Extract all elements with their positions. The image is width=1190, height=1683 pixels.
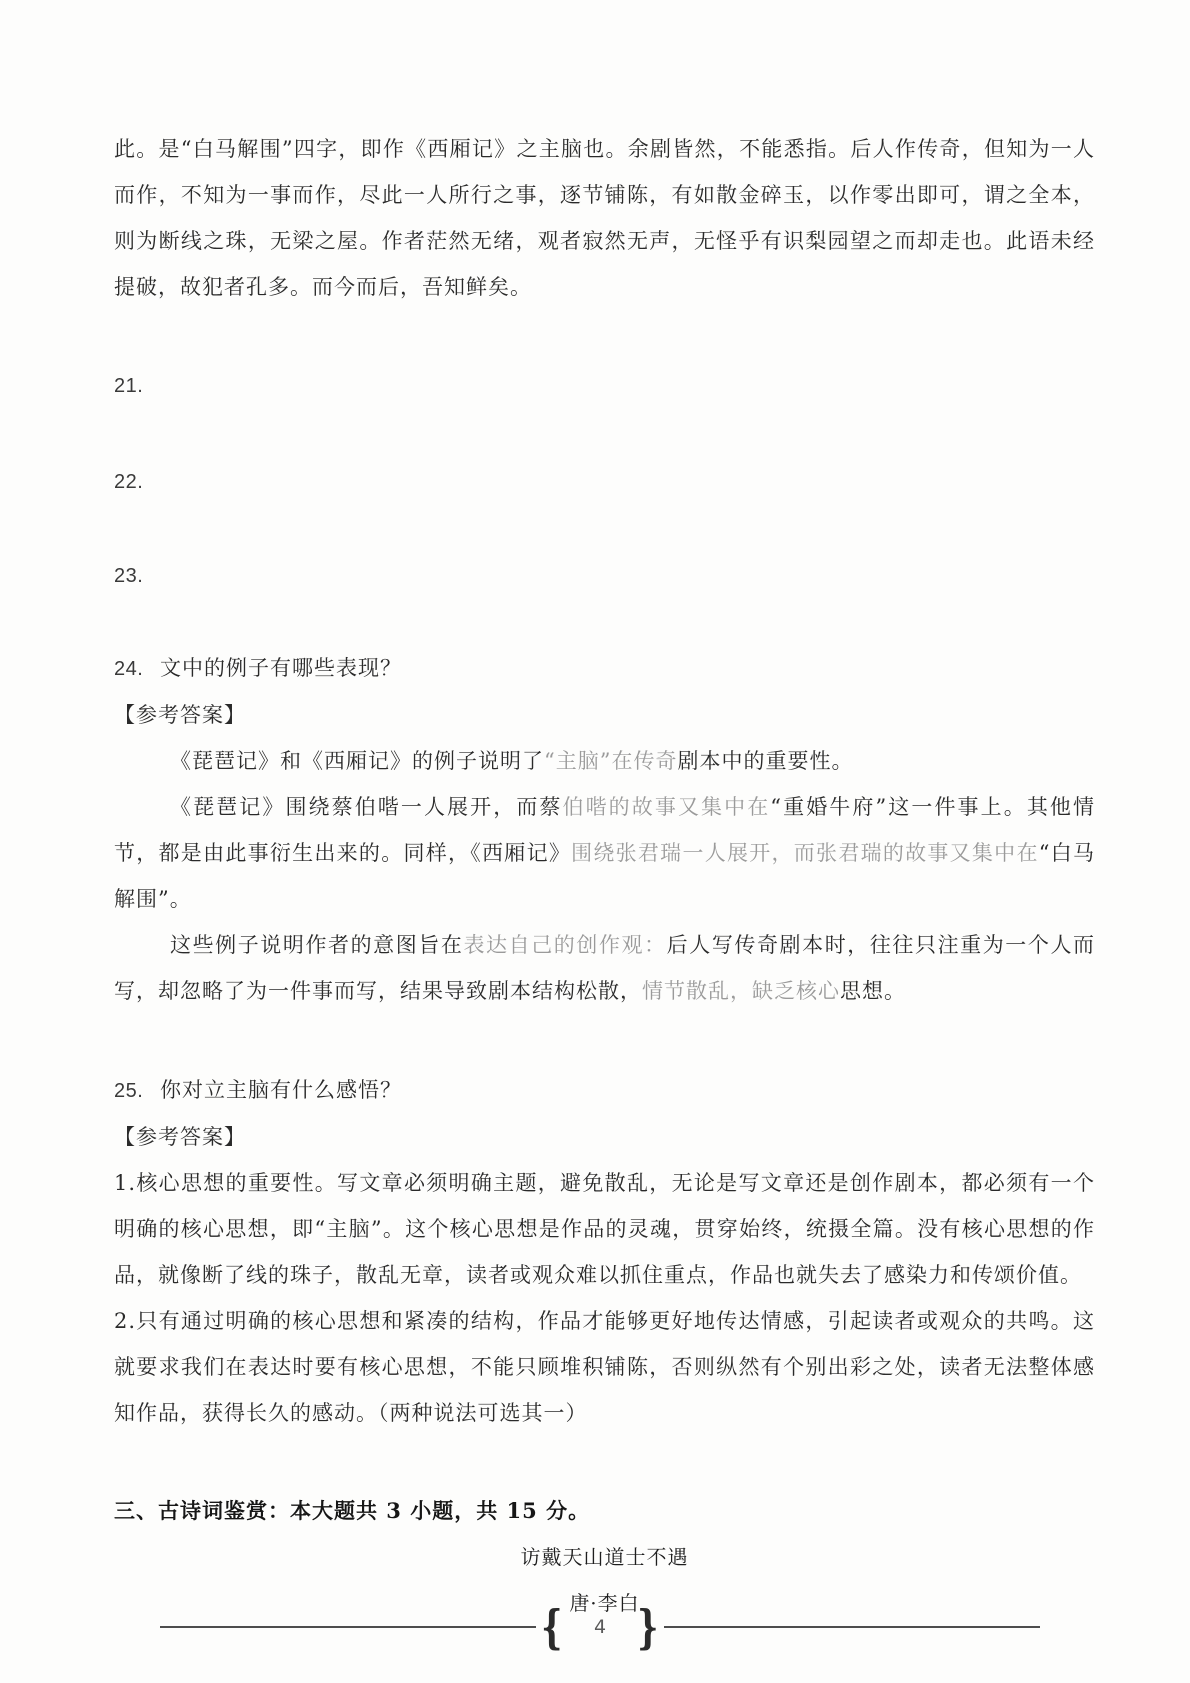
question-25-number: 25. bbox=[114, 1080, 143, 1102]
page-number: 4 bbox=[568, 1616, 632, 1638]
left-brace-ornament: { bbox=[541, 1600, 564, 1654]
opening-paragraph: 此。是“白马解围”四字，即作《西厢记》之主脑也。余剧皆然，不能悉指。后人作传奇，… bbox=[114, 126, 1095, 310]
text-segment: 《琵琶记》围绕蔡伯喈一人展开，而蔡 bbox=[170, 795, 563, 819]
answer-paragraph: 《琵琶记》和《西厢记》的例子说明了“主脑”在传奇剧本中的重要性。 bbox=[114, 738, 1095, 784]
poem-title: 访戴天山道士不遇 bbox=[114, 1534, 1095, 1580]
answer-paragraph: 这些例子说明作者的意图旨在表达自己的创作观：后人写传奇剧本时，往往只注重为一个人… bbox=[114, 922, 1095, 1014]
question-22-number: 22. bbox=[114, 471, 143, 493]
page-content: 此。是“白马解围”四字，即作《西厢记》之主脑也。余剧皆然，不能悉指。后人作传奇，… bbox=[0, 0, 1190, 1626]
section-heading: 三、古诗词鉴赏：本大题共 3 小题，共 15 分。 bbox=[114, 1488, 1095, 1534]
question-24-text: 文中的例子有哪些表现？ bbox=[160, 656, 402, 680]
question-23-number: 23. bbox=[114, 565, 143, 587]
document-page: 此。是“白马解围”四字，即作《西厢记》之主脑也。余剧皆然，不能悉指。后人作传奇，… bbox=[0, 0, 1190, 1683]
text-segment: 剧本中的重要性。 bbox=[677, 749, 853, 773]
answer-paragraph: 1.核心思想的重要性。写文章必须明确主题，避免散乱，无论是写文章还是创作剧本，都… bbox=[114, 1160, 1095, 1298]
faded-text-segment: 表达自己的创作观： bbox=[463, 933, 666, 957]
question-25: 25. 你对立主脑有什么感悟？ bbox=[114, 1067, 1095, 1114]
reference-answer-label-24: 【参考答案】 bbox=[114, 692, 1095, 738]
text-segment: 1.核心思想的重要性。写文章必须明确主题，避免散乱，无论是写文章还是创作剧本，都… bbox=[114, 1171, 1095, 1287]
answer-paragraph: 《琵琶记》围绕蔡伯喈一人展开，而蔡伯喈的故事又集中在“重婚牛府”这一件事上。其他… bbox=[114, 784, 1095, 922]
answer-paragraph: 2.只有通过明确的核心思想和紧凑的结构，作品才能够更好地传达情感，引起读者或观众… bbox=[114, 1298, 1095, 1436]
faded-text-segment: 伯喈的故事又集中在 bbox=[563, 795, 771, 819]
question-25-text: 你对立主脑有什么感悟？ bbox=[160, 1078, 402, 1102]
right-brace-ornament: } bbox=[636, 1600, 659, 1654]
question-22: 22. bbox=[114, 458, 1095, 505]
faded-text-segment: 围绕张君瑞一人展开，而张君瑞的故事又集中在 bbox=[571, 841, 1039, 865]
question-21-number: 21. bbox=[114, 375, 143, 397]
page-footer: { 4 } bbox=[160, 1600, 1040, 1654]
faded-text-segment: 情节散乱，缺乏核心 bbox=[642, 979, 840, 1003]
question-24-number: 24. bbox=[114, 658, 143, 680]
footer-rule-left bbox=[160, 1626, 536, 1628]
text-segment: 这些例子说明作者的意图旨在 bbox=[170, 933, 463, 957]
reference-answer-label-25: 【参考答案】 bbox=[114, 1114, 1095, 1160]
answer-24-body: 《琵琶记》和《西厢记》的例子说明了“主脑”在传奇剧本中的重要性。《琵琶记》围绕蔡… bbox=[114, 738, 1095, 1014]
question-24: 24. 文中的例子有哪些表现？ bbox=[114, 645, 1095, 692]
answer-25-body: 1.核心思想的重要性。写文章必须明确主题，避免散乱，无论是写文章还是创作剧本，都… bbox=[114, 1160, 1095, 1436]
text-segment: 《琵琶记》和《西厢记》的例子说明了 bbox=[170, 749, 544, 773]
faded-text-segment: “主脑”在传奇 bbox=[544, 749, 677, 773]
footer-rule-right bbox=[664, 1626, 1040, 1628]
text-segment: 2.只有通过明确的核心思想和紧凑的结构，作品才能够更好地传达情感，引起读者或观众… bbox=[114, 1309, 1095, 1425]
text-segment: 思想。 bbox=[840, 979, 906, 1003]
question-23: 23. bbox=[114, 552, 1095, 599]
question-21: 21. bbox=[114, 362, 1095, 409]
